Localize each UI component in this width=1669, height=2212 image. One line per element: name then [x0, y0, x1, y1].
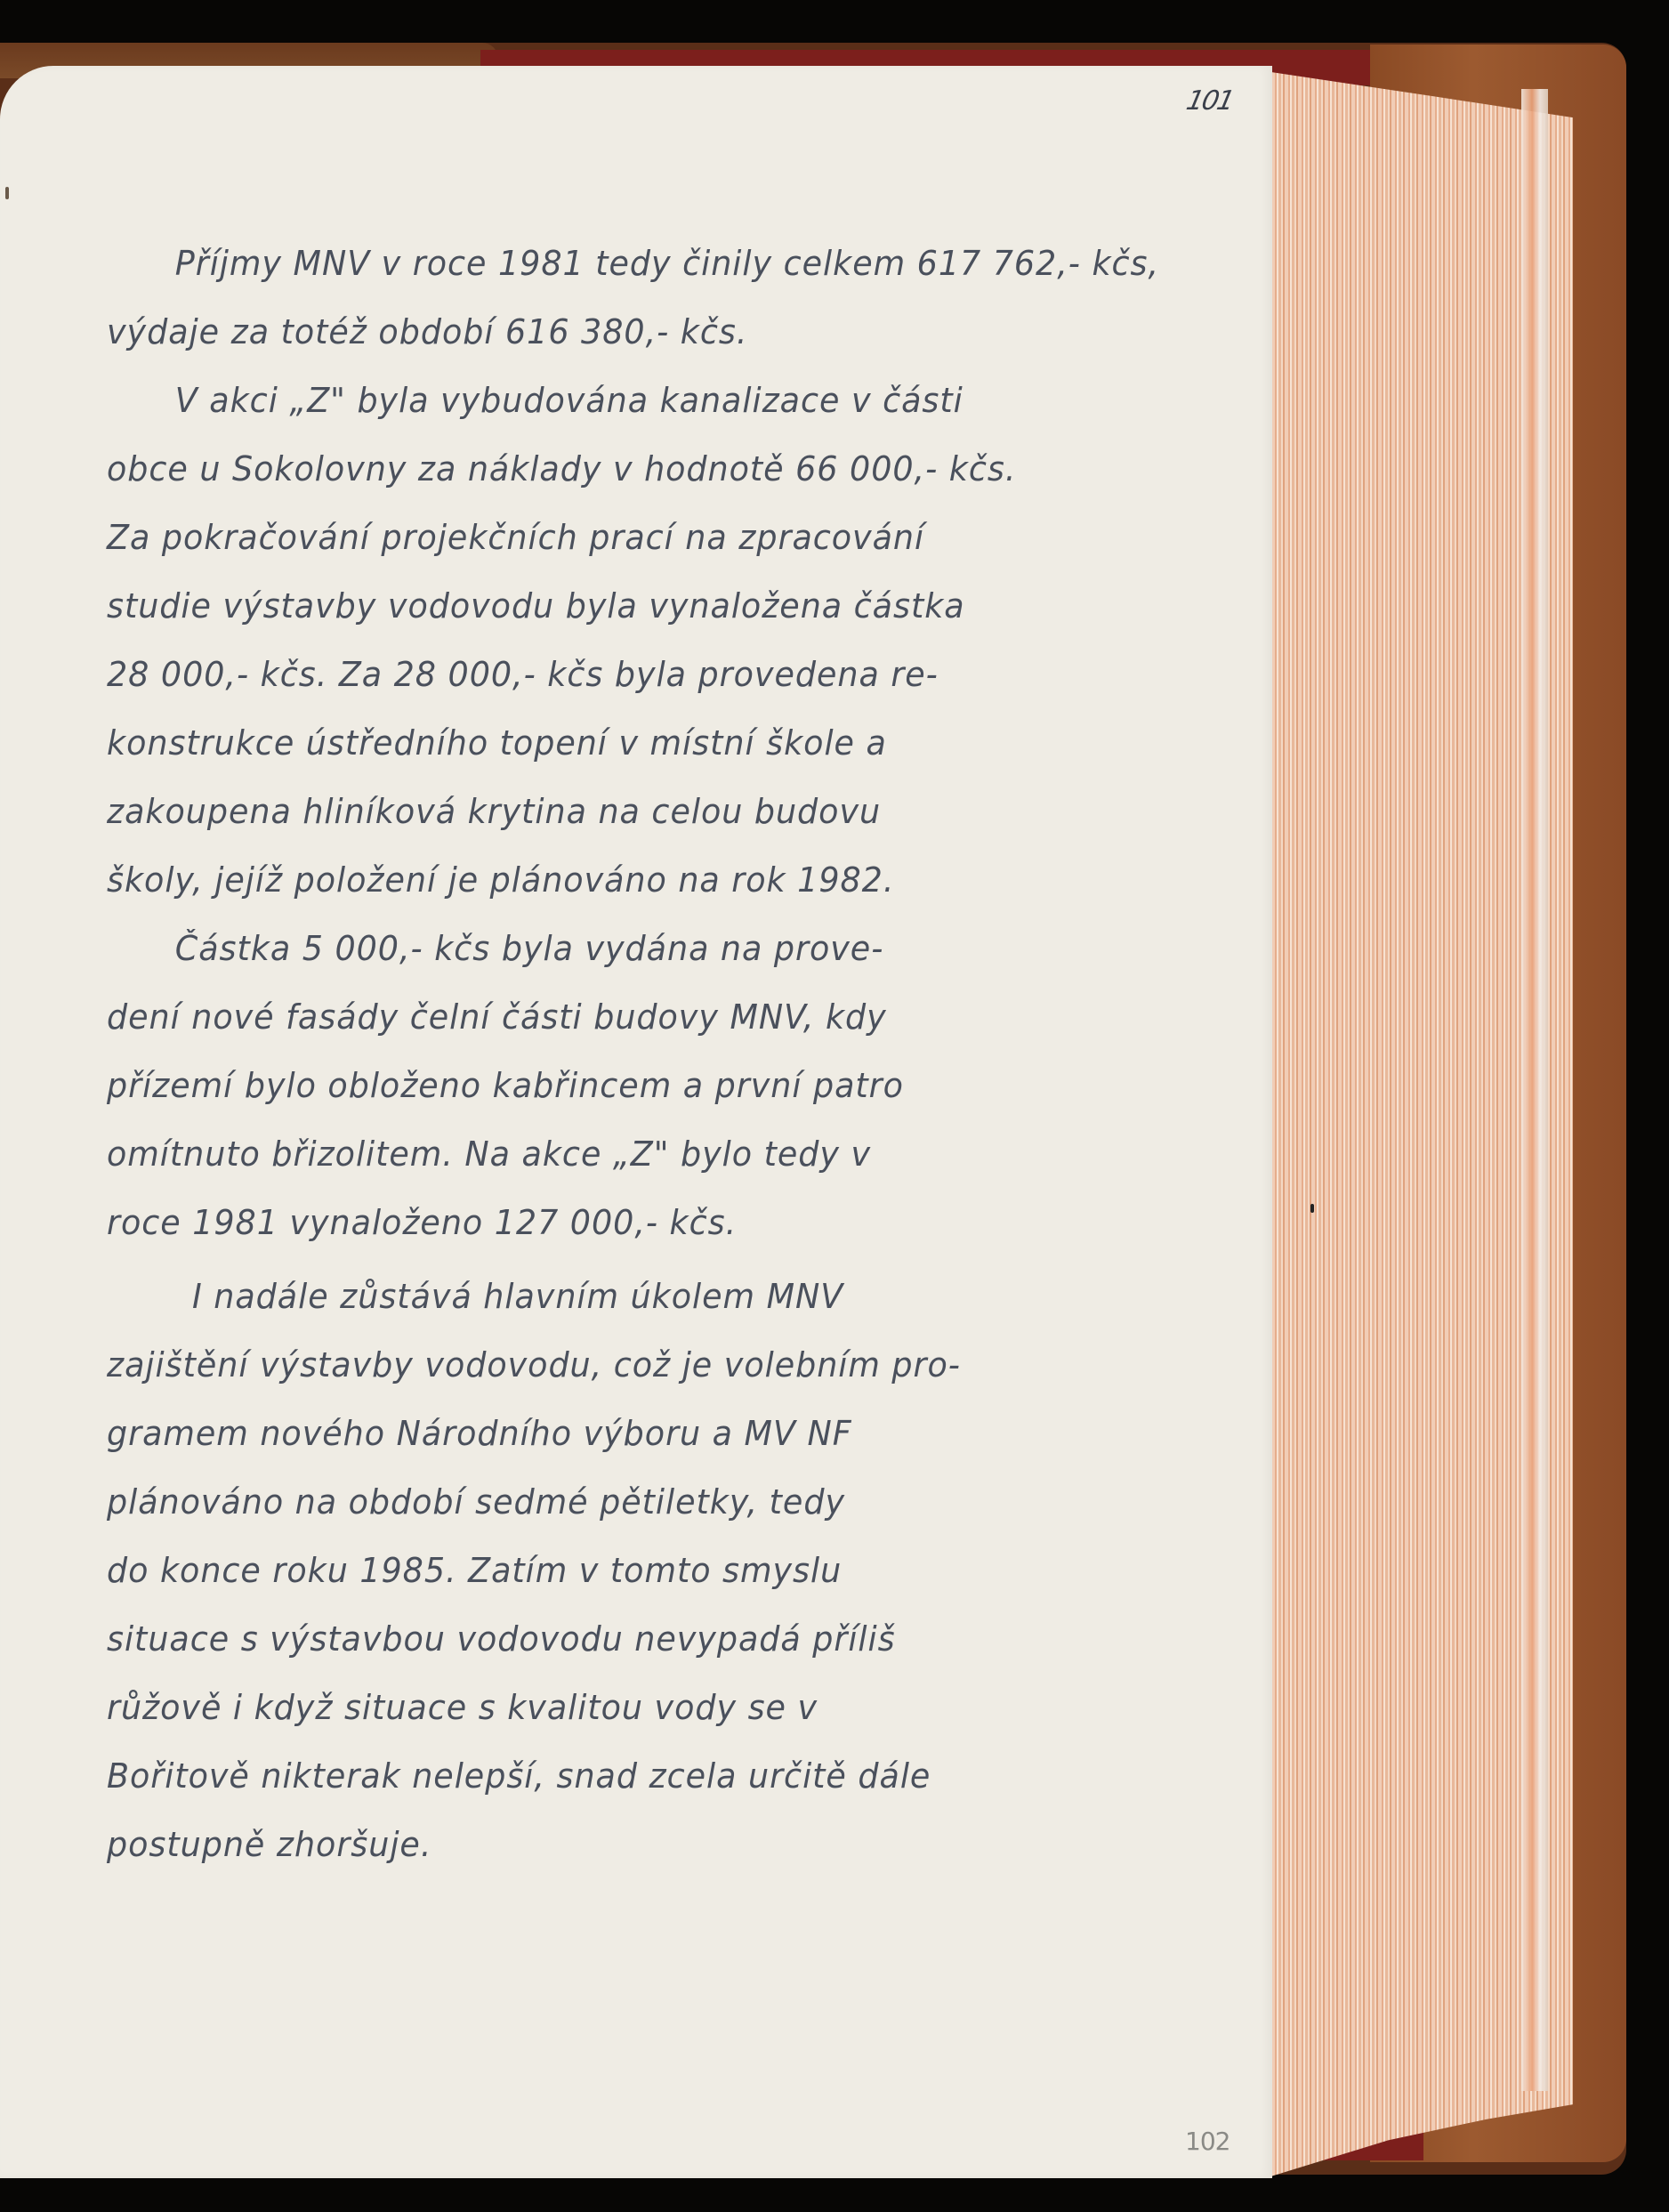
text-line: přízemí bylo obloženo kabřincem a první … — [107, 1052, 1123, 1120]
text-line: Za pokračování projekčních prací na zpra… — [107, 504, 1123, 572]
text-line: gramem nového Národního výboru a MV NF — [107, 1400, 1123, 1468]
text-line: konstrukce ústředního topení v místní šk… — [107, 709, 1123, 778]
ink-speck — [1310, 1204, 1314, 1213]
page-number-bottom: 102 — [1185, 2127, 1230, 2156]
text-line: plánováno na období sedmé pětiletky, ted… — [107, 1468, 1123, 1537]
handwritten-text-block: Příjmy MNV v roce 1981 tedy činily celke… — [107, 230, 1165, 1879]
text-line: Bořitově nikterak nelepší, snad zcela ur… — [107, 1742, 1123, 1811]
text-line: obce u Sokolovny za náklady v hodnotě 66… — [107, 435, 1123, 504]
text-line: zakoupena hliníková krytina na celou bud… — [107, 778, 1123, 846]
text-line: dení nové fasády čelní části budovy MNV,… — [107, 983, 1123, 1052]
text-line: 28 000,- kčs. Za 28 000,- kčs byla prove… — [107, 641, 1123, 709]
text-line: zajištění výstavby vodovodu, což je vole… — [107, 1331, 1123, 1400]
text-line: V akci „Z" byla vybudována kanalizace v … — [107, 367, 1123, 435]
text-line: růžově i když situace s kvalitou vody se… — [107, 1674, 1123, 1742]
text-line: výdaje za totéž období 616 380,- kčs. — [107, 298, 1123, 367]
text-line: I nadále zůstává hlavním úkolem MNV — [107, 1263, 1123, 1331]
text-line: Částka 5 000,- kčs byla vydána na prove- — [107, 915, 1123, 983]
margin-mark — [5, 187, 9, 199]
text-line: roce 1981 vynaloženo 127 000,- kčs. — [107, 1189, 1123, 1257]
text-line: omítnuto břizolitem. Na akce „Z" bylo te… — [107, 1120, 1123, 1189]
page-number-top: 101 — [1183, 85, 1236, 117]
text-line: školy, jejíž položení je plánováno na ro… — [107, 846, 1123, 915]
text-line: do konce roku 1985. Zatím v tomto smyslu — [107, 1537, 1123, 1605]
text-line: Příjmy MNV v roce 1981 tedy činily celke… — [107, 230, 1123, 298]
text-line: studie výstavby vodovodu byla vynaložena… — [107, 572, 1123, 641]
text-line: postupně zhoršuje. — [107, 1811, 1123, 1879]
text-line: situace s výstavbou vodovodu nevypadá př… — [107, 1605, 1123, 1674]
page-edge-endpaper — [1521, 89, 1548, 2091]
